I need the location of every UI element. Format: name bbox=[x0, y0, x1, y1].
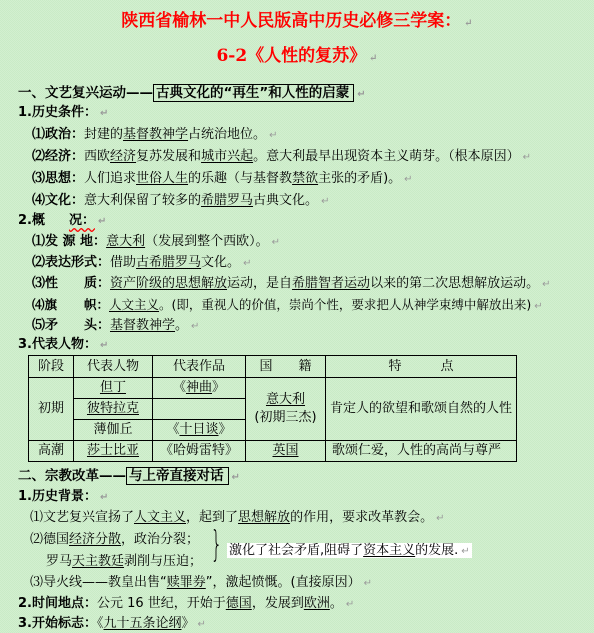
overview-origin: ⑴发 源 地：意大利（发展到整个西欧）。↵ bbox=[32, 233, 280, 252]
text: 复苏发展和 bbox=[136, 149, 201, 164]
paragraph-mark: ↵ bbox=[404, 174, 412, 185]
background-item1: ⑴文艺复兴宣扬了人文主义，起到了思想解放的作用，要求改革教会。↵ bbox=[30, 509, 444, 528]
work-title: 神曲 bbox=[186, 380, 212, 395]
table-row: 初期 但丁 《神曲》 意大利(初期三杰) 肯定人的欲望和歌颂自然的人性 bbox=[29, 378, 517, 399]
key-term: 思想解放 bbox=[238, 510, 290, 525]
paragraph-mark: ↵ bbox=[269, 130, 277, 141]
document-title-line1: 陕西省榆林一中人民版高中历史必修三学案：↵ bbox=[0, 10, 594, 35]
item-label: ⑵表达形式： bbox=[32, 255, 110, 270]
conditions-label: 1.历史条件：↵ bbox=[18, 104, 108, 123]
key-term: 人文主义 bbox=[109, 297, 159, 312]
text: 以来的第二次思想解放运动。 bbox=[370, 276, 539, 291]
section1-heading: 一、文艺复兴运动——古典文化的“再生”和人性的启蒙↵ bbox=[18, 84, 366, 104]
text: 》 bbox=[182, 616, 195, 631]
text: 公元 16 世纪，开始于 bbox=[97, 596, 226, 611]
key-term: 资产阶级的思想解放 bbox=[110, 276, 227, 291]
cell-person: 彼特拉克 bbox=[74, 399, 153, 420]
section2-heading: 二、宗教改革——与上帝直接对话↵ bbox=[18, 467, 240, 487]
subtitle-text: 6-2《人性的复苏》 bbox=[216, 46, 366, 66]
text: ”，激起愤慨。(直接原因） bbox=[206, 575, 361, 590]
key-term: 希腊智者运动 bbox=[292, 276, 370, 291]
paragraph-mark: ↵ bbox=[198, 619, 206, 630]
label-text: 2.时间地点： bbox=[18, 596, 97, 611]
condition-economy: ⑵经济：西欧经济复苏发展和城市兴起。意大利最早出现资本主义萌芽。（根本原因）↵ bbox=[32, 148, 531, 167]
item-label: ⑴发 源 地： bbox=[32, 234, 106, 249]
result-highlight: 激化了社会矛盾,阻碍了资本主义的发展.↵ bbox=[227, 543, 472, 558]
key-term: 经济 bbox=[110, 149, 136, 164]
item-label: ⑸矛 bbox=[32, 317, 84, 335]
text: 激化了社会矛盾,阻碍了 bbox=[229, 543, 363, 558]
key-term: 欧洲 bbox=[304, 596, 330, 611]
text: 的乐趣（与基督教 bbox=[188, 171, 292, 186]
work-title: 十日谈 bbox=[179, 422, 218, 437]
key-term: 城市兴起 bbox=[201, 149, 253, 164]
item-label: 帜： bbox=[84, 297, 109, 312]
key-term: 世俗人生 bbox=[136, 171, 188, 186]
item-label: 质： bbox=[84, 276, 110, 291]
key-term: 天主教廷 bbox=[72, 554, 124, 569]
table-row: 高潮 莎士比亚 《哈姆雷特》 英国 歌颂仁爱，人性的高尚与尊严 bbox=[29, 441, 517, 462]
header-person: 代表人物 bbox=[74, 356, 153, 378]
background-label: 1.历史背景：↵ bbox=[18, 488, 108, 507]
representatives-label: 3.代表人物：↵ bbox=[18, 336, 108, 355]
paragraph-mark: ↵ bbox=[534, 301, 542, 312]
time-place: 2.时间地点：公元 16 世纪，开始于德国，发展到欧洲。↵ bbox=[18, 595, 354, 614]
cell-feature-early: 肯定人的欲望和歌颂自然的人性 bbox=[326, 378, 517, 441]
paragraph-mark: ↵ bbox=[464, 18, 472, 29]
item-label: 头： bbox=[84, 318, 110, 333]
paragraph-mark: ↵ bbox=[346, 599, 354, 610]
item-label: ⑷旗 bbox=[32, 296, 84, 314]
overview-nature: ⑶性质：资产阶级的思想解放运动，是自希腊智者运动以来的第二次思想解放运动。↵ bbox=[32, 275, 550, 294]
text: 运动，是自 bbox=[227, 276, 292, 291]
paragraph-mark: ↵ bbox=[243, 258, 251, 269]
text: 剥削与压迫； bbox=[124, 554, 202, 569]
cell-stage-peak: 高潮 bbox=[29, 441, 74, 462]
key-term: 禁欲 bbox=[292, 171, 318, 186]
paragraph-mark: ↵ bbox=[523, 152, 531, 163]
text: 主张的矛盾)。 bbox=[318, 171, 401, 186]
representatives-table: 阶段 代表人物 代表作品 国 籍 特 点 初期 但丁 《神曲》 意大利(初期三杰… bbox=[28, 355, 517, 462]
table-header-row: 阶段 代表人物 代表作品 国 籍 特 点 bbox=[29, 356, 517, 378]
key-term: 古希腊罗马 bbox=[136, 255, 201, 270]
text: 占统治地位。 bbox=[188, 127, 266, 142]
text: （发展到整个西欧）。 bbox=[145, 234, 269, 249]
text: 封建的 bbox=[84, 127, 123, 142]
paragraph-mark: ↵ bbox=[461, 546, 469, 557]
section1-heading-prefix: 一、文艺复兴运动—— bbox=[18, 85, 153, 101]
document-title-line2: 6-2《人性的复苏》↵ bbox=[0, 45, 594, 70]
label-text: 1.历史条件： bbox=[18, 105, 97, 120]
brace-icon: } bbox=[211, 527, 222, 575]
label-text: 3.代表人物： bbox=[18, 337, 97, 352]
paragraph-mark: ↵ bbox=[98, 216, 106, 227]
cell-work bbox=[153, 399, 246, 420]
country-note: (初期三杰) bbox=[254, 410, 316, 425]
overview-label: 2.概况：↵ bbox=[18, 212, 106, 231]
text: 。 bbox=[330, 596, 343, 611]
paragraph-mark: ↵ bbox=[100, 108, 108, 119]
key-term: 基督教神学 bbox=[110, 318, 175, 333]
key-term: 德国 bbox=[226, 596, 252, 611]
cell-country-early: 意大利(初期三杰) bbox=[246, 378, 326, 441]
key-term: 九十五条论纲 bbox=[104, 616, 182, 631]
section1-heading-boxed: 古典文化的“再生”和人性的启蒙 bbox=[153, 84, 354, 102]
cell-work: 《神曲》 bbox=[153, 378, 246, 399]
cell-work: 《哈姆雷特》 bbox=[153, 441, 246, 462]
cell-person: 莎士比亚 bbox=[74, 441, 153, 462]
text: 的作用，要求改革教会。 bbox=[290, 510, 433, 525]
text: 。 bbox=[175, 318, 188, 333]
section2-heading-prefix: 二、宗教改革—— bbox=[18, 468, 126, 484]
key-term: 人文主义 bbox=[134, 510, 186, 525]
key-term: 希腊罗马 bbox=[201, 193, 253, 208]
title-text: 陕西省榆林一中人民版高中历史必修三学案： bbox=[121, 11, 461, 31]
overview-form: ⑵表达形式：借助古希腊罗马文化。↵ bbox=[32, 254, 251, 273]
paragraph-mark: ↵ bbox=[436, 513, 444, 524]
header-feature: 特 点 bbox=[326, 356, 517, 378]
paragraph-mark: ↵ bbox=[369, 53, 377, 64]
text: ，政治分裂； bbox=[121, 532, 199, 547]
country-name: 意大利 bbox=[266, 392, 305, 407]
text: 借助 bbox=[110, 255, 136, 270]
text: ，起到了 bbox=[186, 510, 238, 525]
background-item3: ⑶导火线——教皇出售“赎罪券”，激起愤慨。(直接原因）↵ bbox=[30, 574, 372, 593]
key-term: 经济分散 bbox=[69, 532, 121, 547]
item-label: ⑷文化： bbox=[32, 193, 84, 208]
background-item2b: 罗马天主教廷剥削与压迫； bbox=[46, 553, 202, 571]
cell-country: 英国 bbox=[246, 441, 326, 462]
text: ⑴文艺复兴宣扬了 bbox=[30, 510, 134, 525]
item-label: ⑵经济： bbox=[32, 149, 84, 164]
overview-banner: ⑷旗帜：人文主义。(即，重视人的价值，崇尚个性，要求把人从神学束缚中解放出来)↵ bbox=[32, 296, 543, 316]
text: 。意大利最早出现资本主义萌芽。（根本原因） bbox=[253, 149, 520, 164]
paragraph-mark: ↵ bbox=[542, 279, 550, 290]
paragraph-mark: ↵ bbox=[232, 472, 240, 483]
header-work: 代表作品 bbox=[153, 356, 246, 378]
header-stage: 阶段 bbox=[29, 356, 74, 378]
cell-work: 《十日谈》 bbox=[153, 420, 246, 441]
background-item2a: ⑵德国经济分散，政治分裂； bbox=[30, 531, 199, 549]
text: 古典文化。 bbox=[253, 193, 318, 208]
text: 的发展. bbox=[415, 543, 458, 558]
cell-stage-early: 初期 bbox=[29, 378, 74, 441]
text: 。(即，重视人的价值，崇尚个性，要求把人从神学束缚中解放出来) bbox=[159, 297, 531, 312]
header-country: 国 籍 bbox=[246, 356, 326, 378]
text: 人们追求 bbox=[84, 171, 136, 186]
cell-person: 但丁 bbox=[74, 378, 153, 399]
background-item2-result: 激化了社会矛盾,阻碍了资本主义的发展.↵ bbox=[227, 542, 472, 561]
text: ⑵德国 bbox=[30, 532, 69, 547]
paragraph-mark: ↵ bbox=[100, 340, 108, 351]
cell-feature: 歌颂仁爱，人性的高尚与尊严 bbox=[326, 441, 517, 462]
text: ，发展到 bbox=[252, 596, 304, 611]
condition-thought: ⑶思想：人们追求世俗人生的乐趣（与基督教禁欲主张的矛盾)。↵ bbox=[32, 170, 413, 189]
key-term: 资本主义 bbox=[363, 543, 415, 558]
paragraph-mark: ↵ bbox=[364, 578, 372, 589]
condition-culture: ⑷文化：意大利保留了较多的希腊罗马古典文化。↵ bbox=[32, 192, 329, 211]
person-name: 但丁 bbox=[100, 380, 126, 395]
label-text: 1.历史背景： bbox=[18, 489, 97, 504]
label-text: 3.开始标志： bbox=[18, 616, 97, 631]
text: 文化。 bbox=[201, 255, 240, 270]
label-text: 况： bbox=[69, 213, 95, 228]
paragraph-mark: ↵ bbox=[100, 492, 108, 503]
paragraph-mark: ↵ bbox=[321, 196, 329, 207]
condition-politics: ⑴政治：封建的基督教神学占统治地位。↵ bbox=[32, 126, 277, 145]
section2-heading-boxed: 与上帝直接对话 bbox=[126, 467, 229, 485]
person-name: 莎士比亚 bbox=[87, 443, 139, 458]
key-term: 基督教神学 bbox=[123, 127, 188, 142]
text: ⑶导火线——教皇出售“ bbox=[30, 575, 167, 590]
item-label: ⑶性 bbox=[32, 275, 84, 293]
item-label: ⑶思想： bbox=[32, 171, 84, 186]
label-text: 2.概 bbox=[18, 213, 45, 228]
paragraph-mark: ↵ bbox=[191, 321, 199, 332]
text: 意大利保留了较多的 bbox=[84, 193, 201, 208]
person-name: 彼特拉克 bbox=[87, 401, 139, 416]
paragraph-mark: ↵ bbox=[272, 237, 280, 248]
cell-person: 薄伽丘 bbox=[74, 420, 153, 441]
overview-target: ⑸矛头：基督教神学。↵ bbox=[32, 317, 199, 336]
text: 罗马 bbox=[46, 554, 72, 569]
item-label: ⑴政治： bbox=[32, 127, 84, 142]
start-sign: 3.开始标志：《九十五条论纲》↵ bbox=[18, 615, 206, 633]
paragraph-mark: ↵ bbox=[357, 89, 365, 100]
key-term: 赎罪券 bbox=[167, 575, 206, 590]
key-term: 意大利 bbox=[106, 234, 145, 249]
country-name: 英国 bbox=[272, 443, 298, 458]
text: 西欧 bbox=[84, 149, 110, 164]
